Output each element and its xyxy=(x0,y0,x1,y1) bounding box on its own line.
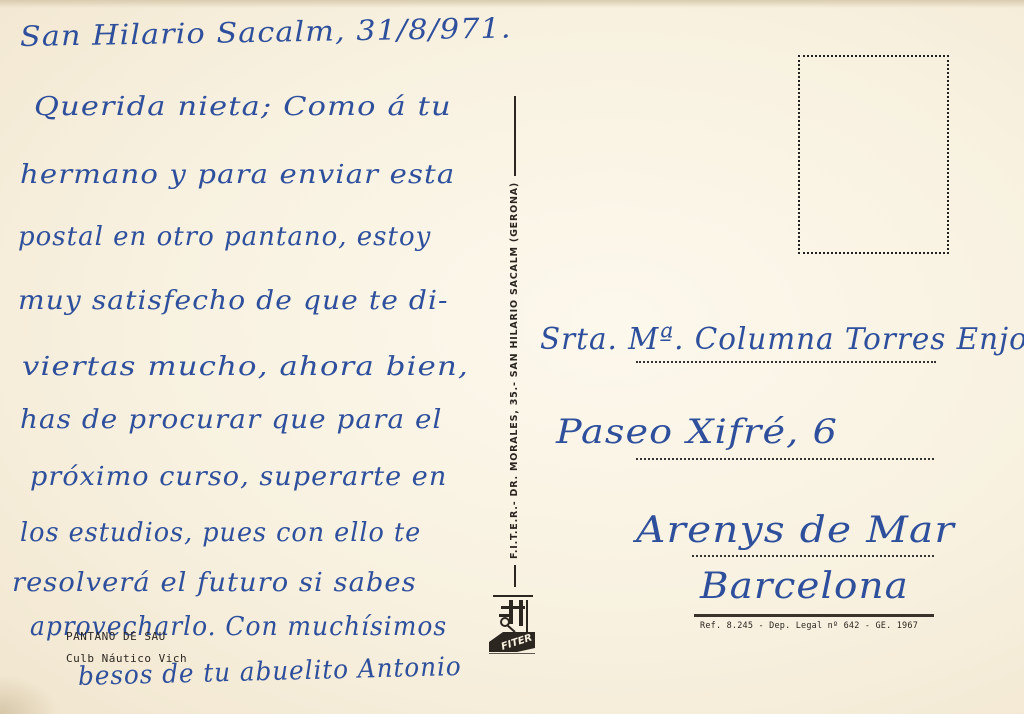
address-line-2-rule xyxy=(636,458,934,460)
message-line-3: postal en otro pantano, estoy xyxy=(18,222,431,252)
address-street: Paseo Xifré, 6 xyxy=(556,412,838,452)
publisher-divider: F.I.T.E.R.- DR. MORALES, 35.- SAN HILARI… xyxy=(503,93,525,590)
address-province: Barcelona xyxy=(700,566,909,607)
address-line-3-rule xyxy=(692,555,934,557)
address-line-4-rule xyxy=(694,614,934,617)
printing-press-icon: FITER xyxy=(487,594,535,654)
message-line-1: Querida nieta; Como á tu xyxy=(34,92,452,122)
message-line-4: muy satisfecho de que te di- xyxy=(18,286,449,316)
message-line-5: viertas mucho, ahora bien, xyxy=(22,352,469,382)
stamp-placeholder-box xyxy=(798,55,949,254)
publisher-text: F.I.T.E.R.- DR. MORALES, 35.- SAN HILARI… xyxy=(509,182,520,559)
postcard-back: San Hilario Sacalm, 31/8/971. Querida ni… xyxy=(0,0,1024,714)
caption-subtitle: Culb Náutico Vich xyxy=(66,652,187,665)
message-heading: San Hilario Sacalm, 31/8/971. xyxy=(20,11,512,53)
message-line-9: resolverá el futuro si sabes xyxy=(12,568,417,598)
message-line-2: hermano y para enviar esta xyxy=(20,160,455,190)
message-line-7: próximo curso, superarte en xyxy=(30,462,447,492)
address-recipient: Srta. Mª. Columna Torres Enjo xyxy=(540,322,1024,357)
message-line-6: has de procurar que para el xyxy=(20,405,443,435)
caption-title: PANTANO DE SAU xyxy=(66,630,166,643)
address-city: Arenys de Mar xyxy=(636,510,955,551)
message-line-8: los estudios, pues con ello te xyxy=(20,518,421,548)
legal-reference: Ref. 8.245 - Dep. Legal nº 642 - GE. 196… xyxy=(700,621,918,631)
divider-rule-right xyxy=(513,96,515,176)
divider-rule-left xyxy=(513,565,515,587)
address-line-1-rule xyxy=(636,361,936,363)
